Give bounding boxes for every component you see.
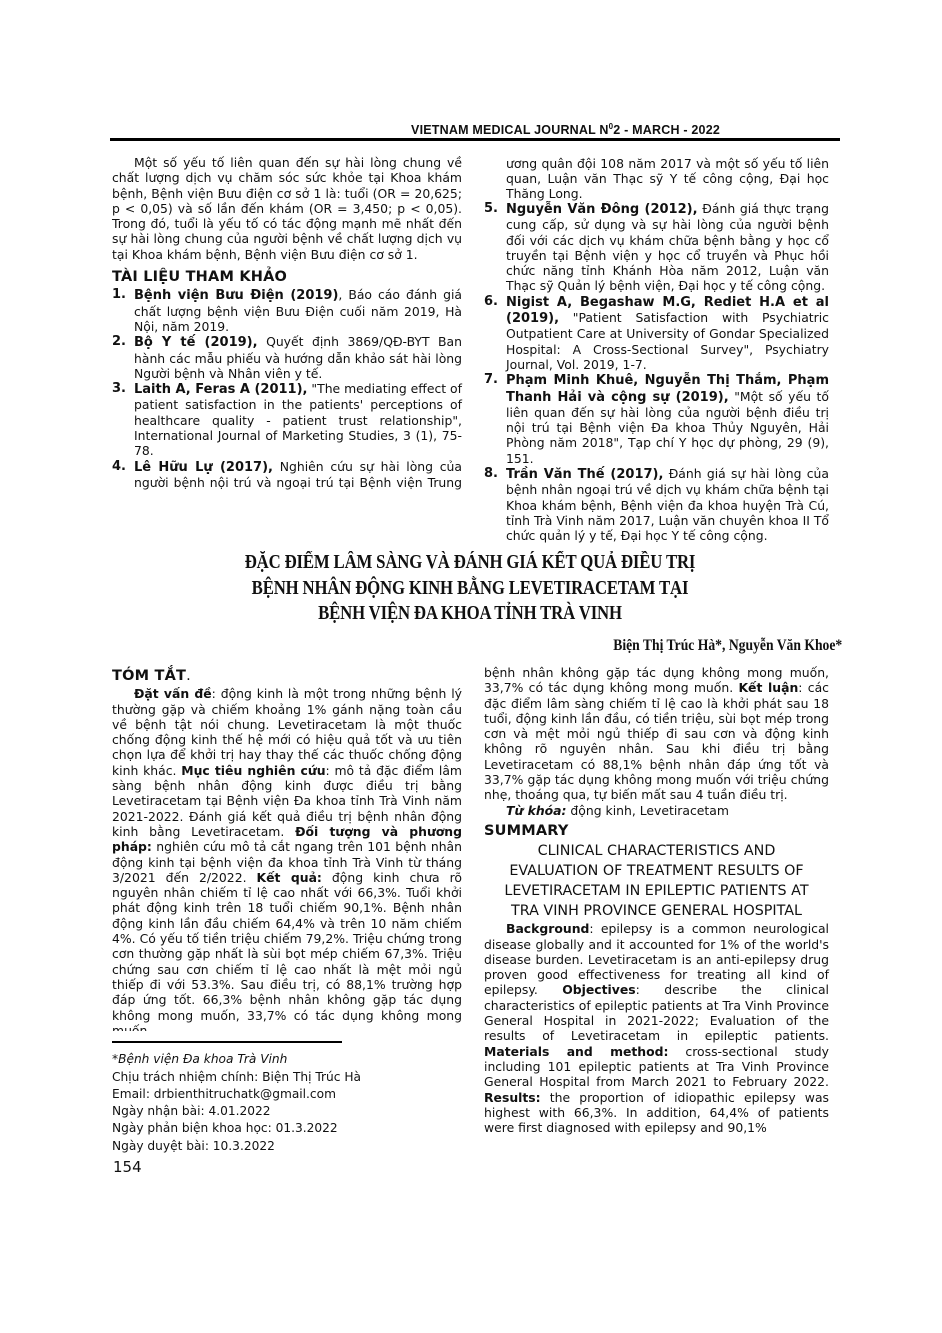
text-conclusion: : các đặc điểm lâm sàng chiếm tỉ lệ cao … [484,680,829,802]
keywords: Từ khóa: động kinh, Levetiracetam [484,803,829,818]
keywords-text: động kinh, Levetiracetam [566,803,728,818]
running-header: VIETNAM MEDICAL JOURNAL N02 - MARCH - 20… [110,122,840,137]
label-objectives: Mục tiêu nghiên cứu [181,763,325,778]
reference-author: Bộ Y tế (2019), [134,335,258,350]
reference-number: 2. [112,334,126,349]
reference-number: 1. [112,287,126,302]
abstract-heading-text: TÓM TẮT [112,668,186,684]
abstract-vi-conclusion: bệnh nhân không gặp tác dụng không mong … [484,665,829,803]
reference-number: 3. [112,381,126,396]
reference-author: Lê Hữu Lự (2017), [134,460,273,475]
keywords-label: Từ khóa: [506,803,566,818]
references-heading: TÀI LIỆU THAM KHẢO [112,270,462,285]
footnote-responsible-author: Chịu trách nhiệm chính: Biện Thị Trúc Hà [112,1069,462,1086]
footnote-affiliation: *Bệnh viện Đa khoa Trà Vinh [112,1051,462,1068]
article-title-line: BỆNH VIỆN ĐA KHOA TỈNH TRÀ VINH [169,601,771,627]
label-results-en: Results: [484,1090,541,1105]
abstract-right-column: bệnh nhân không gặp tác dụng không mong … [484,665,829,1135]
summary-heading: SUMMARY [484,824,829,839]
text-results: động kinh chưa rõ nguyên nhân chiếm tỉ l… [112,870,462,1031]
reference-item-continued: Lê Hữu Lự (2017), Nghiên cứu sự hài lòng… [484,155,829,201]
abstract-vi-column: TÓM TẮT. Đặt vấn đề: động kinh là một tr… [112,665,462,1155]
reference-list-part1: 1.Bệnh viện Bưu Điện (2019), Báo cáo đán… [112,287,462,489]
article-authors: Biện Thị Trúc Hà*, Nguyễn Văn Khoe* [613,637,842,655]
reference-item: 8.Trần Văn Thế (2017), Đánh giá sự hài l… [484,466,829,543]
reference-item: 6.Nigist A, Begashaw M.G, Rediet H.A et … [484,294,829,372]
journal-name: VIETNAM MEDICAL JOURNAL N [411,123,609,137]
footnote-reviewed-date: Ngày phản biện khoa học: 01.3.2022 [112,1120,462,1137]
abstract-vi-body-part1: Đặt vấn đề: động kinh là một trong những… [112,686,462,838]
article-title: ĐẶC ĐIỂM LÂM SÀNG VÀ ĐÁNH GIÁ KẾT QUẢ ĐI… [169,550,771,627]
footnote-accepted-date: Ngày duyệt bài: 10.3.2022 [112,1138,462,1155]
page-number: 154 [113,1158,142,1176]
reference-item: 4.Lê Hữu Lự (2017), Nghiên cứu sự hài lò… [112,459,462,490]
summary-title-line: EVALUATION OF TREATMENT RESULTS OF [484,861,829,881]
journal-page: VIETNAM MEDICAL JOURNAL N02 - MARCH - 20… [0,0,942,1333]
reference-item: 3.Laith A, Feras A (2011), "The mediatin… [112,381,462,458]
article-title-line: ĐẶC ĐIỂM LÂM SÀNG VÀ ĐÁNH GIÁ KẾT QUẢ ĐI… [169,550,771,576]
abstract-vi-paragraph: Đặt vấn đề: động kinh là một trong những… [112,686,462,838]
summary-paragraph: Background: epilepsy is a common neurolo… [484,921,829,1135]
prev-article-conclusion: Một số yếu tố liên quan đến sự hài lòng … [112,155,462,262]
reference-item: 1.Bệnh viện Bưu Điện (2019), Báo cáo đán… [112,287,462,334]
label-conclusion: Kết luận [738,680,798,695]
summary-title-line: CLINICAL CHARACTERISTICS AND [484,841,829,861]
footnote-rule [112,1041,342,1043]
abstract-vi-heading: TÓM TẮT. [112,669,462,684]
reference-number: 5. [484,201,498,216]
reference-item: 5.Nguyễn Văn Đông (2012), Đánh giá thực … [484,201,829,294]
footnote-received-date: Ngày nhận bài: 4.01.2022 [112,1103,462,1120]
prev-article-left-column: Một số yếu tố liên quan đến sự hài lòng … [112,155,462,490]
summary-title-line: LEVETIRACETAM IN EPILEPTIC PATIENTS AT [484,881,829,901]
label-methods-en: Materials and method: [484,1044,668,1059]
reference-author: Bệnh viện Bưu Điện (2019) [134,288,338,303]
footnote-email: Email: drbienthitruchatk@gmail.com [112,1086,462,1103]
reference-list-part2: 5.Nguyễn Văn Đông (2012), Đánh giá thực … [484,201,829,544]
footnote: *Bệnh viện Đa khoa Trà Vinh Chịu trách n… [112,1051,462,1155]
abstract-vi-body-part2: Đặt vấn đề: động kinh là một trong những… [112,838,462,1031]
reference-text: Nghiên cứu sự hài lòng của người bệnh nộ… [506,155,829,201]
article-title-line: BỆNH NHÂN ĐỘNG KINH BẰNG LEVETIRACETAM T… [169,576,771,602]
reference-author: Laith A, Feras A (2011), [134,382,307,397]
prev-article-right-column: Lê Hữu Lự (2017), Nghiên cứu sự hài lòng… [484,155,829,544]
summary-title-line: TRA VINH PROVINCE GENERAL HOSPITAL [484,901,829,921]
reference-number: 8. [484,466,498,481]
label-results: Kết quả: [257,870,322,885]
reference-number: 7. [484,372,498,387]
abstract-vi-paragraph-continued: Đặt vấn đề: động kinh là một trong những… [112,838,462,1031]
abstract-heading-dot: . [186,668,191,684]
reference-number: 4. [112,459,126,474]
issue-date: 2 - MARCH - 2022 [613,123,720,137]
reference-item: 7.Phạm Minh Khuê, Nguyễn Thị Thắm, Phạm … [484,372,829,466]
reference-author: Nguyễn Văn Đông (2012), [506,202,698,217]
header-rule [110,138,840,141]
summary-title: CLINICAL CHARACTERISTICS AND EVALUATION … [484,841,829,921]
reference-author: Trần Văn Thế (2017), [506,467,663,482]
reference-item: 2.Bộ Y tế (2019), Quyết định 3869/QĐ-BYT… [112,334,462,381]
reference-number: 6. [484,294,498,309]
label-background-en: Background [506,921,589,936]
label-background: Đặt vấn đề [134,686,212,701]
label-objectives-en: Objectives [562,982,635,997]
